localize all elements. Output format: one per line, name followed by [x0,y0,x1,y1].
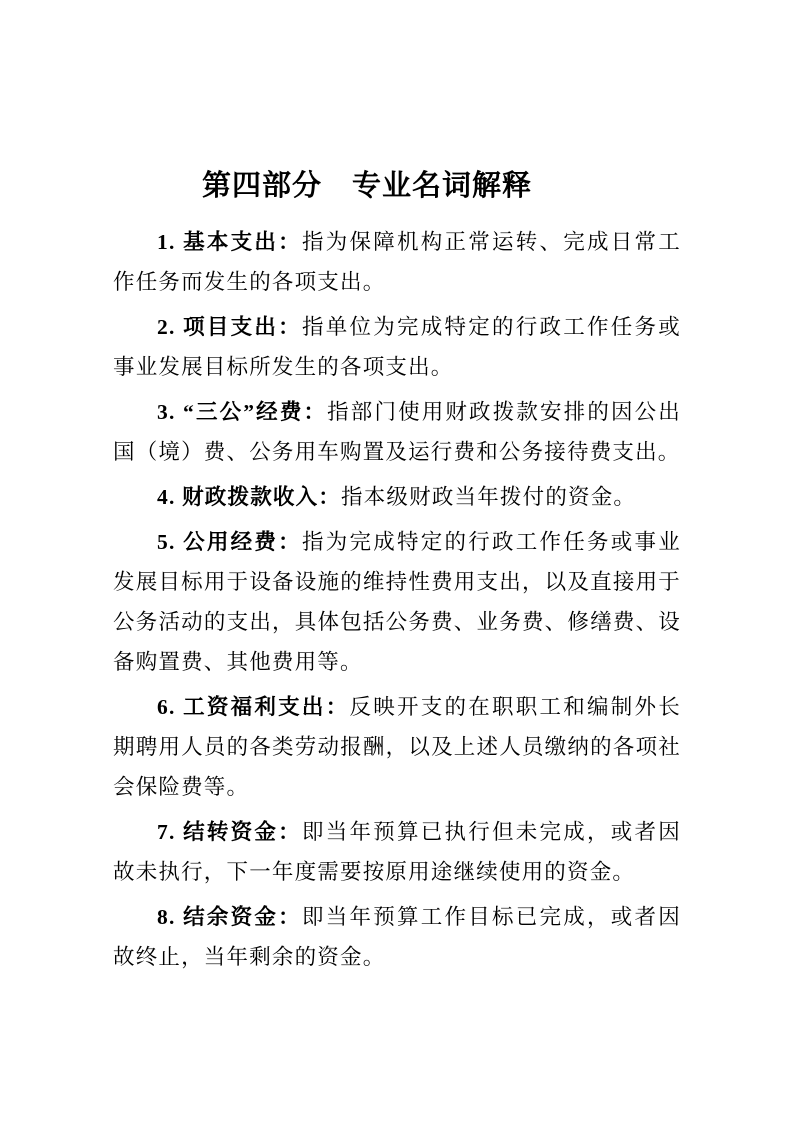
definition-paragraph: 2. 项目支出：指单位为完成特定的行政工作任务或事业发展目标所发生的各项支出。 [113,307,681,387]
definition-paragraph: 5. 公用经费：指为完成特定的行政工作任务或事业发展目标用于设备设施的维持性费用… [113,522,681,682]
definition-term: 5. 公用经费： [157,530,302,554]
definition-term: 2. 项目支出： [157,315,302,339]
definition-paragraph: 8. 结余资金：即当年预算工作目标已完成，或者因故终止，当年剩余的资金。 [113,897,681,977]
definition-paragraph: 6. 工资福利支出：反映开支的在职职工和编制外长期聘用人员的各类劳动报酬，以及上… [113,687,681,807]
definition-paragraph: 7. 结转资金：即当年预算已执行但未完成，或者因故未执行，下一年度需要按原用途继… [113,812,681,892]
definition-term: 6. 工资福利支出： [157,695,349,719]
definition-body: 指本级财政当年拨付的资金。 [341,485,636,509]
definition-paragraph: 4. 财政拨款收入：指本级财政当年拨付的资金。 [113,477,681,517]
definitions-list: 1. 基本支出：指为保障机构正常运转、完成日常工作任务而发生的各项支出。2. 项… [113,222,681,977]
definition-term: 7. 结转资金： [157,820,302,844]
document-page: 第四部分 专业名词解释 1. 基本支出：指为保障机构正常运转、完成日常工作任务而… [113,168,681,977]
definition-term: 8. 结余资金： [157,905,302,929]
definition-term: 4. 财政拨款收入： [157,485,341,509]
definition-paragraph: 3. “三公”经费：指部门使用财政拨款安排的因公出国（境）费、公务用车购置及运行… [113,392,681,472]
definition-term: 1. 基本支出： [157,230,302,254]
definition-term: 3. “三公”经费： [157,400,327,424]
definition-paragraph: 1. 基本支出：指为保障机构正常运转、完成日常工作任务而发生的各项支出。 [113,222,681,302]
page-title: 第四部分 专业名词解释 [113,168,681,204]
